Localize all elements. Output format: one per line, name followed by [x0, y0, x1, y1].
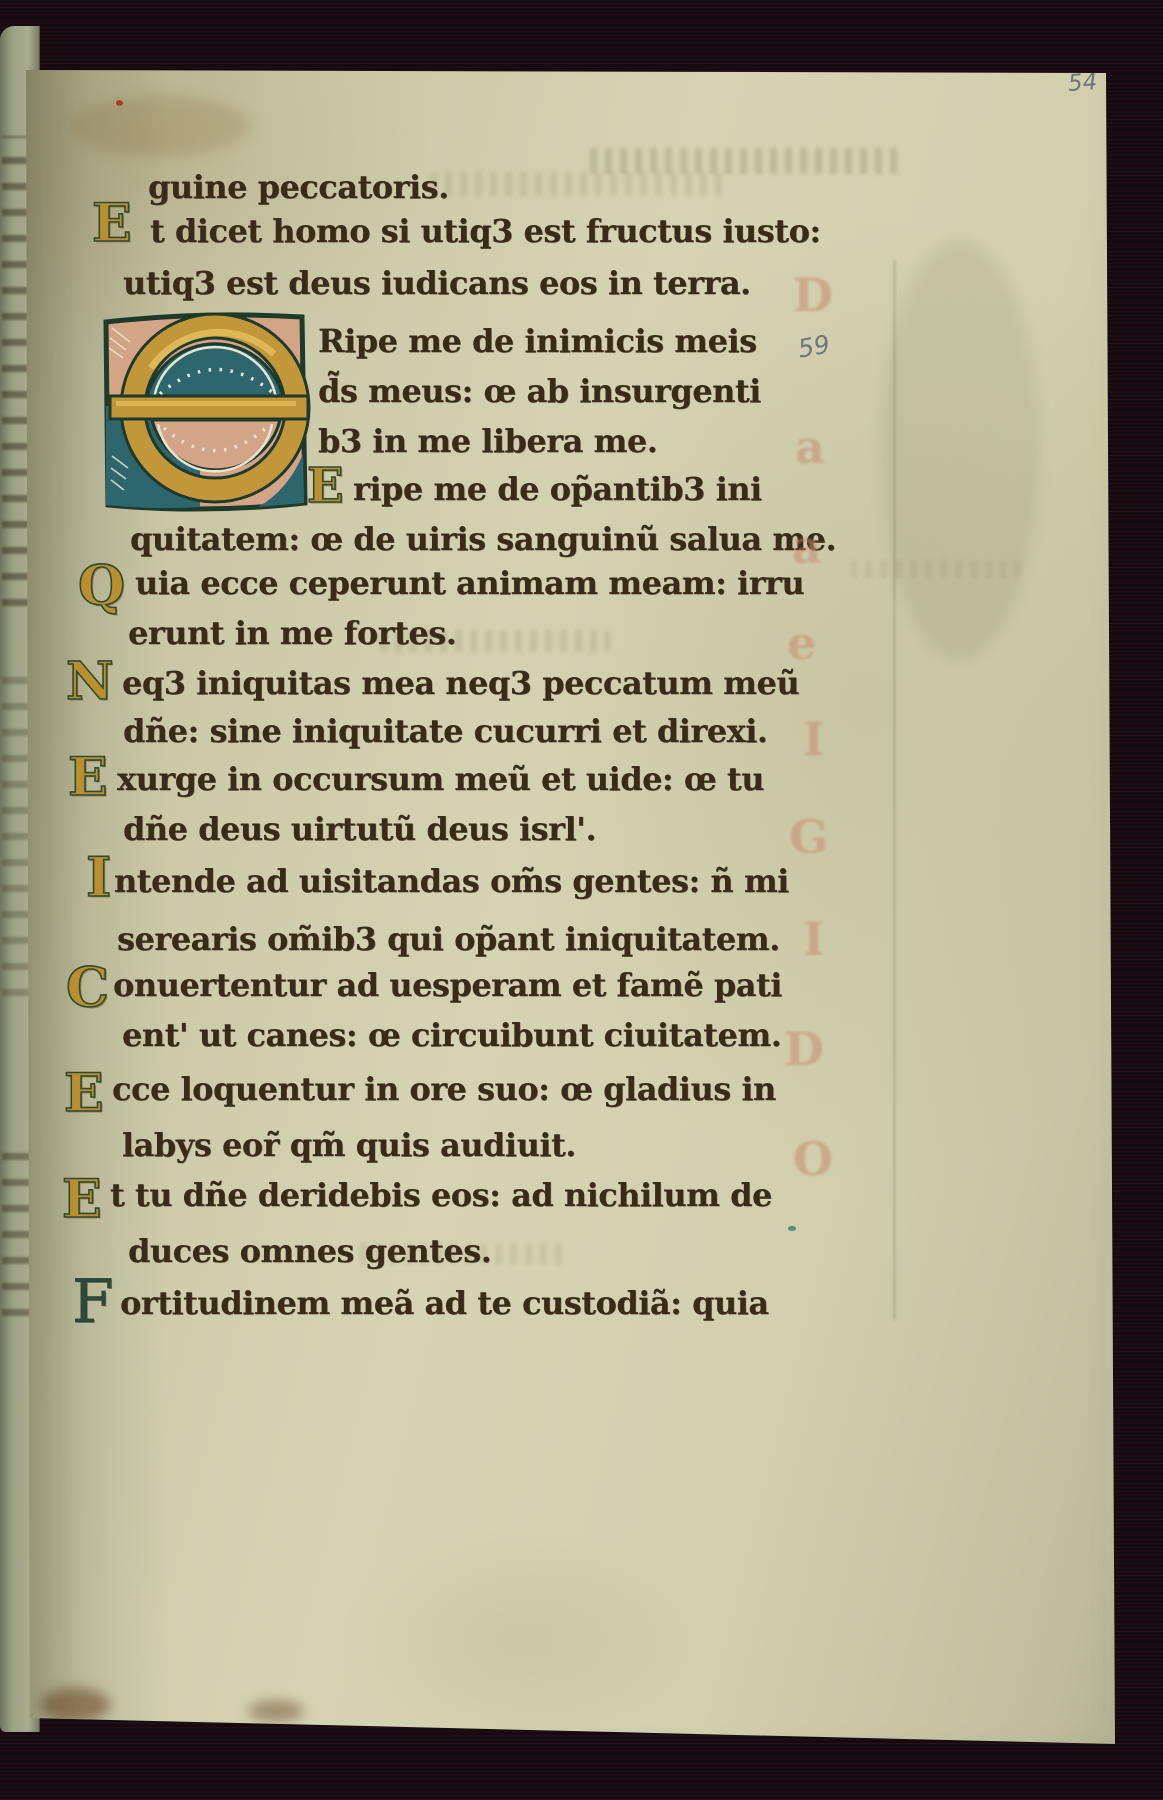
red-speck	[116, 100, 123, 106]
text-line: t tu dñe deridebis eos: ad nichilum de	[110, 1176, 772, 1214]
ghost-initial-showthrough: a	[792, 524, 822, 570]
stain	[248, 1700, 304, 1722]
text-line: cce loquentur in ore suo: œ gladius in	[112, 1070, 776, 1108]
text-line: uia ecce ceperunt animam meam: irru	[135, 564, 804, 602]
ink-showthrough	[590, 148, 900, 174]
stain	[70, 96, 250, 156]
ghost-initial-showthrough: D	[793, 272, 833, 318]
text-line: ntende ad uisitandas om̃s gentes: ñ mi	[114, 862, 789, 900]
text-line: utiq3 est deus iudicans eos in terra.	[123, 264, 751, 302]
ruling-fold-line	[893, 260, 896, 1320]
ghost-initial-showthrough: I	[803, 916, 825, 962]
text-line: labys eor̃ qm̃ quis audiuit.	[122, 1126, 576, 1164]
versal-initial: I	[86, 850, 111, 904]
versal-initial: F	[72, 1272, 114, 1332]
teal-speck	[788, 1226, 796, 1231]
text-line: dñe: sine iniquitate cucurri et direxi.	[123, 712, 767, 750]
text-line: ripe me de op̃antib3 ini	[353, 470, 762, 508]
text-line: erunt in me fortes.	[128, 614, 456, 652]
versal-initial: E	[68, 752, 108, 804]
ink-showthrough	[360, 1243, 570, 1265]
text-line: t dicet homo si utiq3 est fructus iusto:	[150, 212, 821, 250]
manuscript-page: 54 59 guine peccatoris.Et dicet homo si …	[0, 0, 1163, 1800]
versal-initial: N	[66, 656, 114, 708]
text-line: b3 in me libera me.	[318, 422, 657, 460]
text-line: d̃s meus: œ ab insurgenti	[318, 372, 761, 410]
text-line: duces omnes gentes.	[128, 1232, 491, 1270]
text-line: quitatem: œ de uiris sanguinũ salua me.	[130, 520, 836, 558]
folio-number: 54	[1067, 69, 1098, 97]
versal-initial: E	[64, 1068, 104, 1120]
versal-initial: E	[307, 462, 344, 510]
ink-showthrough	[850, 560, 1020, 578]
text-line: ent' ut canes: œ circuibunt ciuitatem.	[122, 1016, 781, 1054]
ghost-initial-showthrough: D	[784, 1026, 824, 1072]
ghost-initial-showthrough: e	[787, 620, 816, 666]
ghost-initial-showthrough: G	[789, 814, 828, 860]
versal-initial: Q	[78, 558, 125, 612]
text-line: serearis om̃ib3 qui op̃ant iniquitatem.	[117, 920, 780, 958]
margin-pencil-number: 59	[796, 329, 832, 363]
manuscript-photograph: 54 59 guine peccatoris.Et dicet homo si …	[0, 0, 1163, 1800]
versal-initial: C	[66, 960, 109, 1014]
ink-showthrough	[380, 630, 610, 652]
ghost-initial-showthrough: I	[803, 716, 825, 762]
text-line: dñe deus uirtutũ deus isrl'.	[123, 810, 596, 848]
versal-initial: E	[62, 1174, 102, 1226]
text-line: onuertentur ad uesperam et famẽ pati	[113, 966, 782, 1004]
text-line: xurge in occursum meũ et uide: œ tu	[117, 760, 764, 798]
text-line: ortitudinem meã ad te custodiã: quia	[120, 1284, 769, 1322]
ghost-initial-showthrough: O	[793, 1136, 833, 1182]
text-line: Ripe me de inimicis meis	[318, 322, 757, 360]
ink-showthrough	[430, 172, 730, 196]
ghost-initial-showthrough: a	[795, 424, 825, 470]
stain	[880, 240, 1040, 660]
text-line: guine peccatoris.	[148, 168, 449, 206]
illuminated-initial-E	[96, 306, 312, 518]
stain	[40, 1688, 110, 1722]
versal-initial: E	[92, 198, 132, 250]
text-line: eq3 iniquitas mea neq3 peccatum meũ	[122, 664, 799, 702]
